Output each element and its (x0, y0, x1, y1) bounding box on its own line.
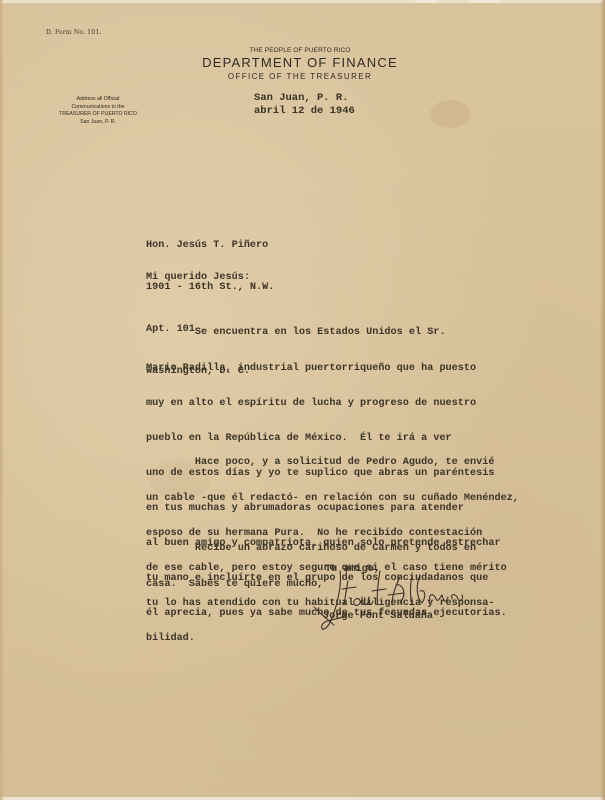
address-note-line: San Juan, P. R. (38, 119, 158, 127)
text-line: muy en alto el espíritu de lucha y progr… (146, 398, 507, 410)
paper-tear (415, 0, 437, 3)
recipient-street: 1901 - 16th St., N.W. (146, 281, 274, 295)
form-number: D. Form No. 101. (46, 29, 101, 36)
handwritten-signature-icon (312, 563, 512, 633)
paper-stain (430, 100, 470, 128)
place: San Juan, P. R. (254, 92, 355, 105)
paper-tear (470, 0, 500, 3)
text-line: Recibe un abrazo cariñoso de Carmen y to… (146, 543, 476, 555)
text-line: bilidad. (146, 633, 519, 645)
address-note: Address all Official Communications to t… (38, 96, 158, 126)
text-line: Mario Padilla, industrial puertorriqueño… (146, 363, 507, 375)
place-date: San Juan, P. R. abril 12 de 1946 (254, 92, 355, 117)
salutation: Mi querido Jesús: (146, 272, 250, 283)
recipient-name: Hon. Jesús T. Piñero (146, 239, 274, 253)
text-line: Hace poco, y a solicitud de Pedro Agudo,… (146, 457, 519, 469)
paper-edge-left (0, 0, 4, 800)
paper-edge-right (600, 0, 605, 800)
text-line: Se encuentra en los Estados Unidos el Sr… (146, 327, 507, 339)
paper-edge-top (0, 0, 605, 3)
letterhead-department: DEPARTMENT OF FINANCE (190, 55, 410, 71)
letterhead: THE PEOPLE OF PUERTO RICO DEPARTMENT OF … (190, 47, 410, 82)
address-note-line: Address all Official (38, 96, 158, 104)
letterhead-office: OFFICE OF THE TREASURER (190, 71, 410, 82)
text-line: un cable -que él redactó- en relación co… (146, 493, 519, 505)
address-note-line: TREASURER OF PUERTO RICO (38, 111, 158, 119)
letterhead-people: THE PEOPLE OF PUERTO RICO (190, 47, 410, 54)
letter-paper: D. Form No. 101. THE PEOPLE OF PUERTO RI… (0, 0, 605, 800)
date: abril 12 de 1946 (254, 105, 355, 118)
signer-name: Jorge Font Saldaña (323, 611, 433, 622)
address-note-line: Communications to the (38, 104, 158, 112)
